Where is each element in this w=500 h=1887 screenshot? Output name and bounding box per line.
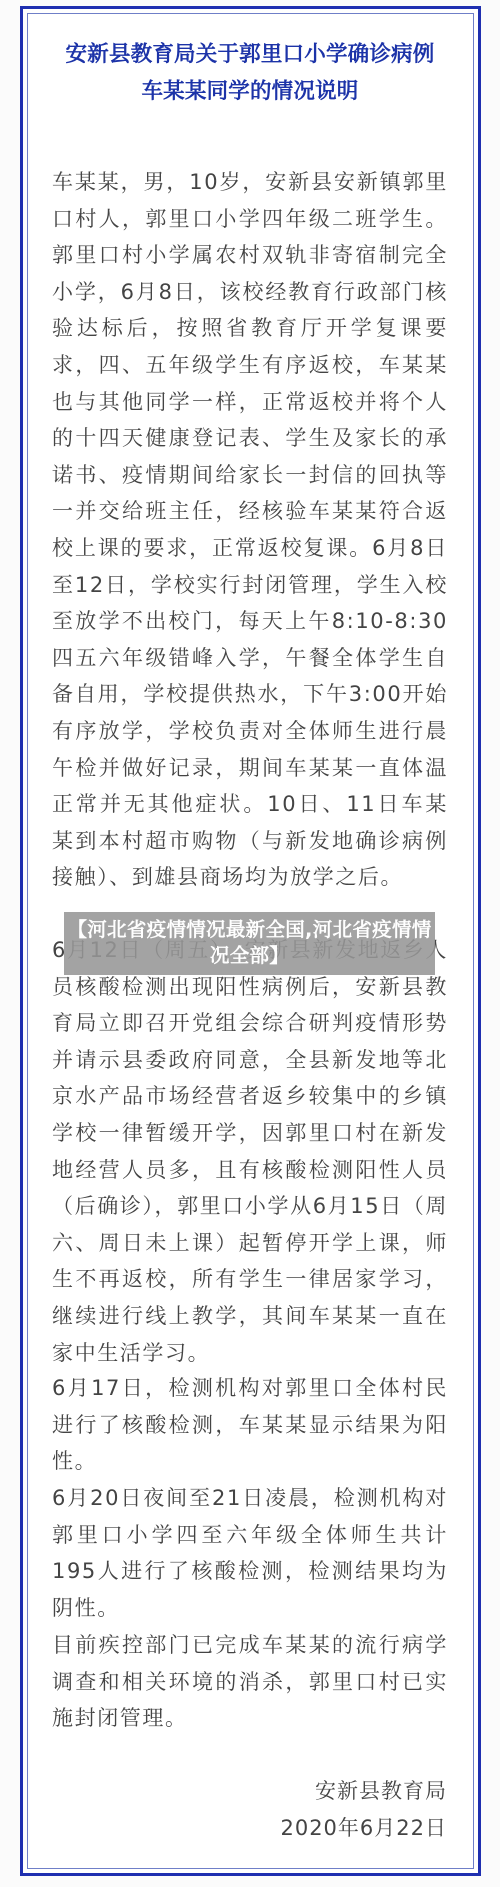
paragraph-text: 6月20日夜间至21日凌晨，检测机构对郭里口小学四至六年级全体师生共计195人进… [52,1480,448,1626]
title-line-2: 车某某同学的情况说明 [0,73,500,110]
overlay-banner-text: 【河北省疫情情况最新全国,河北省疫情情况全部】 [67,918,431,967]
paragraph-5: 目前疾控部门已完成车某某的流行病学调查和相关环境的消杀，郭里口村已实施封闭管理。 [52,1627,448,1737]
paragraph-text: 车某某，男，10岁，安新县安新镇郭里口村人，郭里口小学四年级二班学生。郭里口村小… [52,164,448,896]
paragraph-1: 车某某，男，10岁，安新县安新镇郭里口村人，郭里口小学四年级二班学生。郭里口村小… [52,164,448,896]
paragraph-text: 目前疾控部门已完成车某某的流行病学调查和相关环境的消杀，郭里口村已实施封闭管理。 [52,1627,448,1737]
paragraph-3: 6月17日，检测机构对郭里口全体村民进行了核酸检测，车某某显示结果为阳性。 [52,1370,448,1480]
document-title: 安新县教育局关于郭里口小学确诊病例 车某某同学的情况说明 [0,36,500,110]
title-line-1: 安新县教育局关于郭里口小学确诊病例 [0,36,500,73]
overlay-banner[interactable]: 【河北省疫情情况最新全国,河北省疫情情况全部】 [64,912,435,975]
signature-issuer: 安新县教育局 [280,1773,447,1810]
signature-block: 安新县教育局 2020年6月22日 [280,1773,447,1846]
paragraph-2: 6月12日（周五），安新县新发地返乡人员核酸检测出现阳性病例后，安新县教育局立即… [52,932,448,1371]
paragraph-text: 6月17日，检测机构对郭里口全体村民进行了核酸检测，车某某显示结果为阳性。 [52,1370,448,1480]
paragraph-4: 6月20日夜间至21日凌晨，检测机构对郭里口小学四至六年级全体师生共计195人进… [52,1480,448,1626]
signature-date: 2020年6月22日 [280,1810,447,1847]
paragraph-text: 6月12日（周五），安新县新发地返乡人员核酸检测出现阳性病例后，安新县教育局立即… [52,932,448,1371]
